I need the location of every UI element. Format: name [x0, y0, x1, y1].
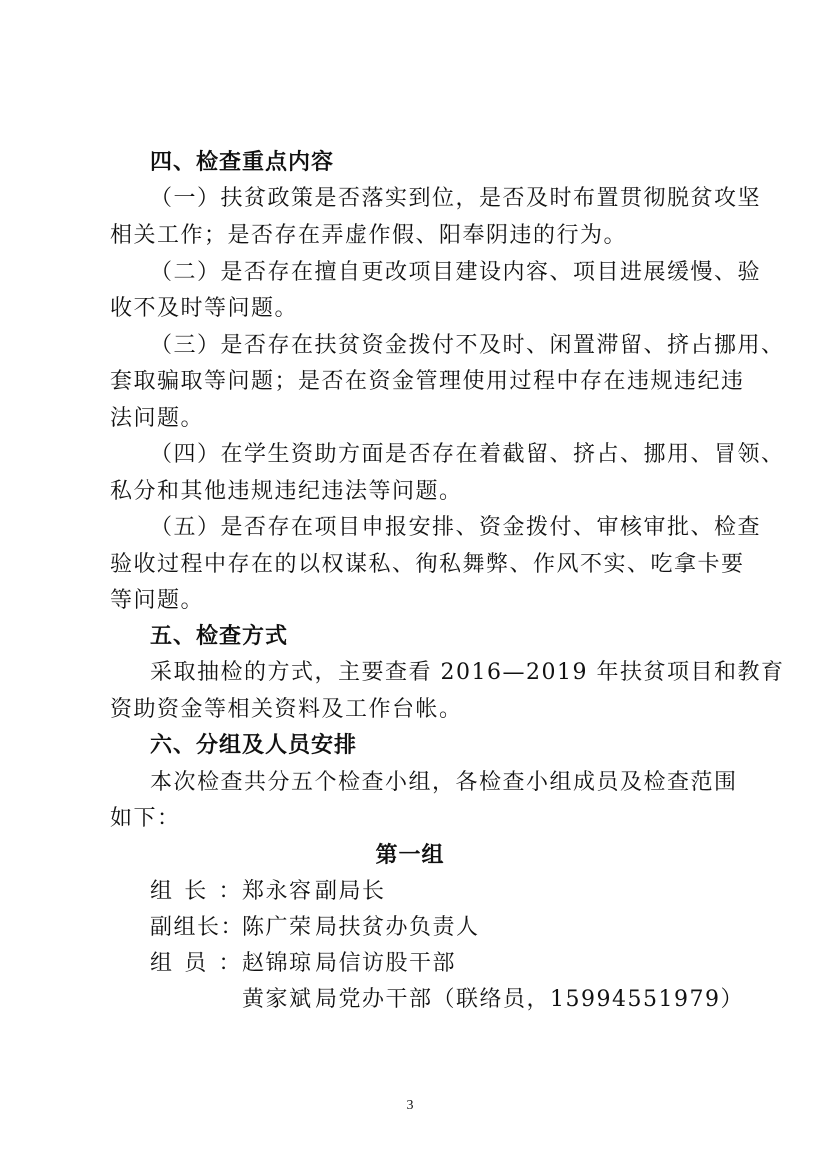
section-heading-5: 五、检查方式 — [150, 622, 722, 652]
paragraph-item-5-line-3: 等问题。 — [110, 586, 722, 616]
member-name: 赵锦琼 — [242, 949, 313, 979]
paragraph-item-4-line-2: 私分和其他违规违纪违法等问题。 — [110, 477, 722, 507]
member-name: 黄家斌 — [242, 985, 313, 1015]
member-name: 陈广荣 — [242, 913, 313, 943]
paragraph-method-line-2: 资助资金等相关资料及工作台帐。 — [110, 695, 722, 725]
paragraph-item-4-line-1: （四）在学生资助方面是否存在着截留、挤占、挪用、冒领、 — [150, 440, 722, 470]
paragraph-groups-line-1: 本次检查共分五个检查小组，各检查小组成员及检查范围 — [150, 768, 722, 798]
member-role: 组长： — [150, 877, 242, 907]
paragraph-item-3-line-2: 套取骗取等问题；是否在资金管理使用过程中存在违规违纪违 — [110, 367, 722, 397]
paragraph-method-line-1: 采取抽检的方式，主要查看 2016—2019 年扶贫项目和教育 — [150, 658, 722, 688]
member-role: 副组长： — [150, 913, 242, 943]
member-position: 副局长 — [315, 877, 386, 907]
member-position: 局扶贫办负责人 — [315, 913, 480, 943]
paragraph-groups-line-2: 如下： — [110, 804, 722, 834]
member-position: 局信访股干部 — [315, 949, 456, 979]
section-heading-4: 四、检查重点内容 — [150, 148, 722, 178]
member-name: 郑永容 — [242, 877, 313, 907]
document-page: 四、检查重点内容 （一）扶贫政策是否落实到位，是否及时布置贯彻脱贫攻坚 相关工作… — [0, 0, 820, 1160]
member-position: 局党办干部（联络员，15994551979） — [315, 985, 744, 1015]
group-title: 第一组 — [0, 841, 820, 871]
page-number: 3 — [0, 1098, 820, 1114]
paragraph-item-2-line-2: 收不及时等问题。 — [110, 294, 722, 324]
paragraph-item-3-line-3: 法问题。 — [110, 404, 722, 434]
paragraph-item-3-line-1: （三）是否存在扶贫资金拨付不及时、闲置滞留、挤占挪用、 — [150, 331, 722, 361]
paragraph-item-5-line-2: 验收过程中存在的以权谋私、徇私舞弊、作风不实、吃拿卡要 — [110, 550, 722, 580]
paragraph-item-5-line-1: （五）是否存在项目申报安排、资金拨付、审核审批、检查 — [150, 513, 722, 543]
paragraph-item-1-line-1: （一）扶贫政策是否落实到位，是否及时布置贯彻脱贫攻坚 — [150, 184, 722, 214]
paragraph-item-1-line-2: 相关工作；是否存在弄虚作假、阳奉阴违的行为。 — [110, 221, 722, 251]
section-heading-6: 六、分组及人员安排 — [150, 731, 722, 761]
member-role: 组员： — [150, 949, 242, 979]
paragraph-item-2-line-1: （二）是否存在擅自更改项目建设内容、项目进展缓慢、验 — [150, 258, 722, 288]
